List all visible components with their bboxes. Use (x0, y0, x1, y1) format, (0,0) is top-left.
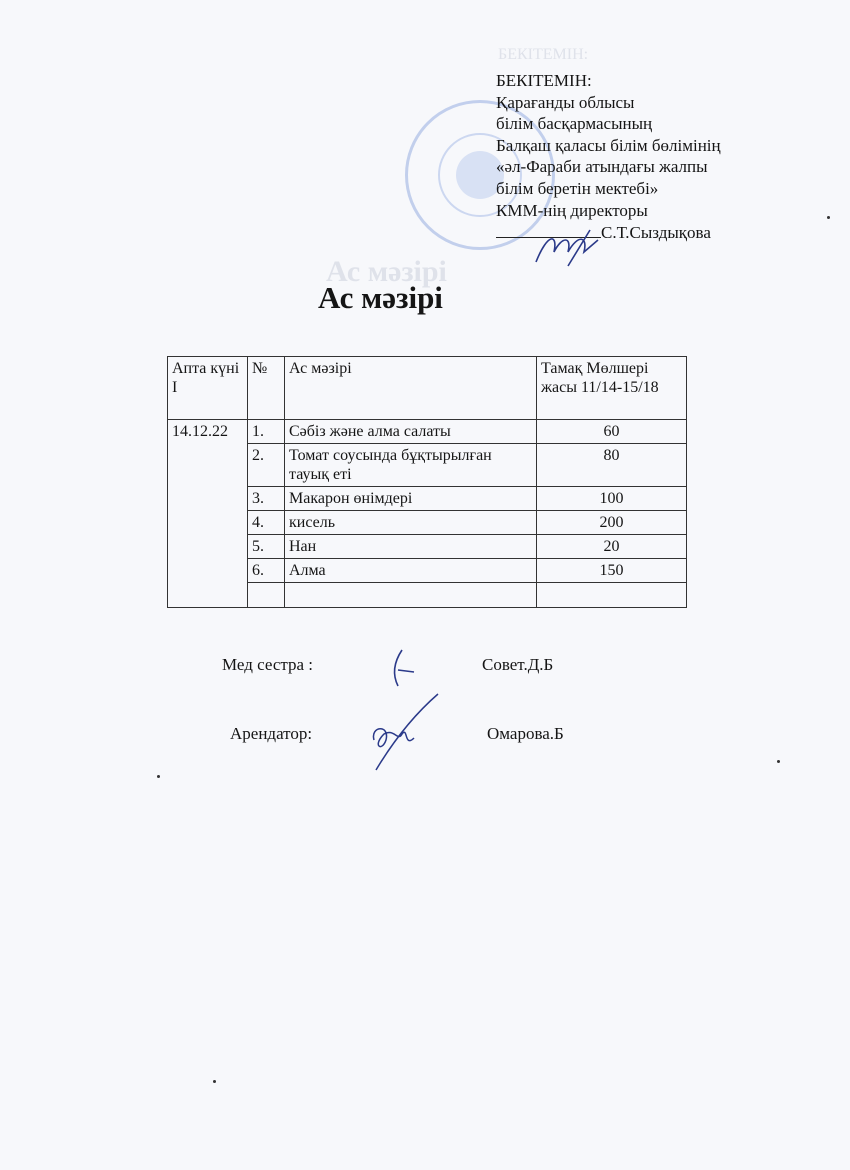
speck (213, 1080, 216, 1083)
menu-table: Апта күні I № Ас мәзірі Тамақ Мөлшері жа… (167, 356, 687, 608)
row-number: 6. (248, 559, 285, 583)
director-signature (528, 222, 608, 272)
nurse-label: Мед сестра : (222, 655, 313, 675)
row-number: 4. (248, 511, 285, 535)
row-item: Нан (285, 535, 537, 559)
approval-heading: БЕКІТЕМІН: (496, 70, 721, 92)
approval-block: БЕКІТЕМІН: Қарағанды облысы білім басқар… (496, 70, 721, 244)
row-portion: 80 (537, 444, 687, 487)
nurse-name: Совет.Д.Б (482, 655, 553, 675)
row-item: Алма (285, 559, 537, 583)
row-portion: 100 (537, 487, 687, 511)
speck (157, 775, 160, 778)
approval-line: КММ-нің директоры (496, 200, 721, 222)
page-title: Ас мәзірі (318, 280, 443, 316)
row-portion: 20 (537, 535, 687, 559)
tenant-signature (368, 690, 443, 775)
director-name: С.Т.Сыздықова (601, 223, 711, 242)
row-portion: 200 (537, 511, 687, 535)
speck (777, 760, 780, 763)
row-item: Томат соусында бұқтырылған тауық еті (285, 444, 537, 487)
row-number: 3. (248, 487, 285, 511)
approval-line: «әл-Фараби атындағы жалпы (496, 156, 721, 178)
header-menu: Ас мәзірі (285, 357, 537, 420)
nurse-signature (388, 646, 418, 690)
row-number: 5. (248, 535, 285, 559)
header-portion: Тамақ Мөлшері жасы 11/14-15/18 (537, 357, 687, 420)
table-header-row: Апта күні I № Ас мәзірі Тамақ Мөлшері жа… (168, 357, 687, 420)
row-item: Сәбіз және алма салаты (285, 420, 537, 444)
approval-line: білім басқармасының (496, 113, 721, 135)
header-day: Апта күні I (168, 357, 248, 420)
row-portion: 60 (537, 420, 687, 444)
tenant-name: Омарова.Б (487, 724, 564, 744)
row-item: кисель (285, 511, 537, 535)
row-portion: 150 (537, 559, 687, 583)
tenant-label: Арендатор: (230, 724, 312, 744)
header-no: № (248, 357, 285, 420)
row-item: Макарон өнімдері (285, 487, 537, 511)
row-number: 1. (248, 420, 285, 444)
date-cell: 14.12.22 (168, 420, 248, 608)
table-row: 14.12.22 1. Сәбіз және алма салаты 60 (168, 420, 687, 444)
approval-line: Балқаш қаласы білім бөлімінің (496, 135, 721, 157)
bleed-through-text: БЕКІТЕМІН: (498, 46, 588, 64)
approval-line: білім беретін мектебі» (496, 178, 721, 200)
approval-line: Қарағанды облысы (496, 92, 721, 114)
row-number: 2. (248, 444, 285, 487)
speck (827, 216, 830, 219)
